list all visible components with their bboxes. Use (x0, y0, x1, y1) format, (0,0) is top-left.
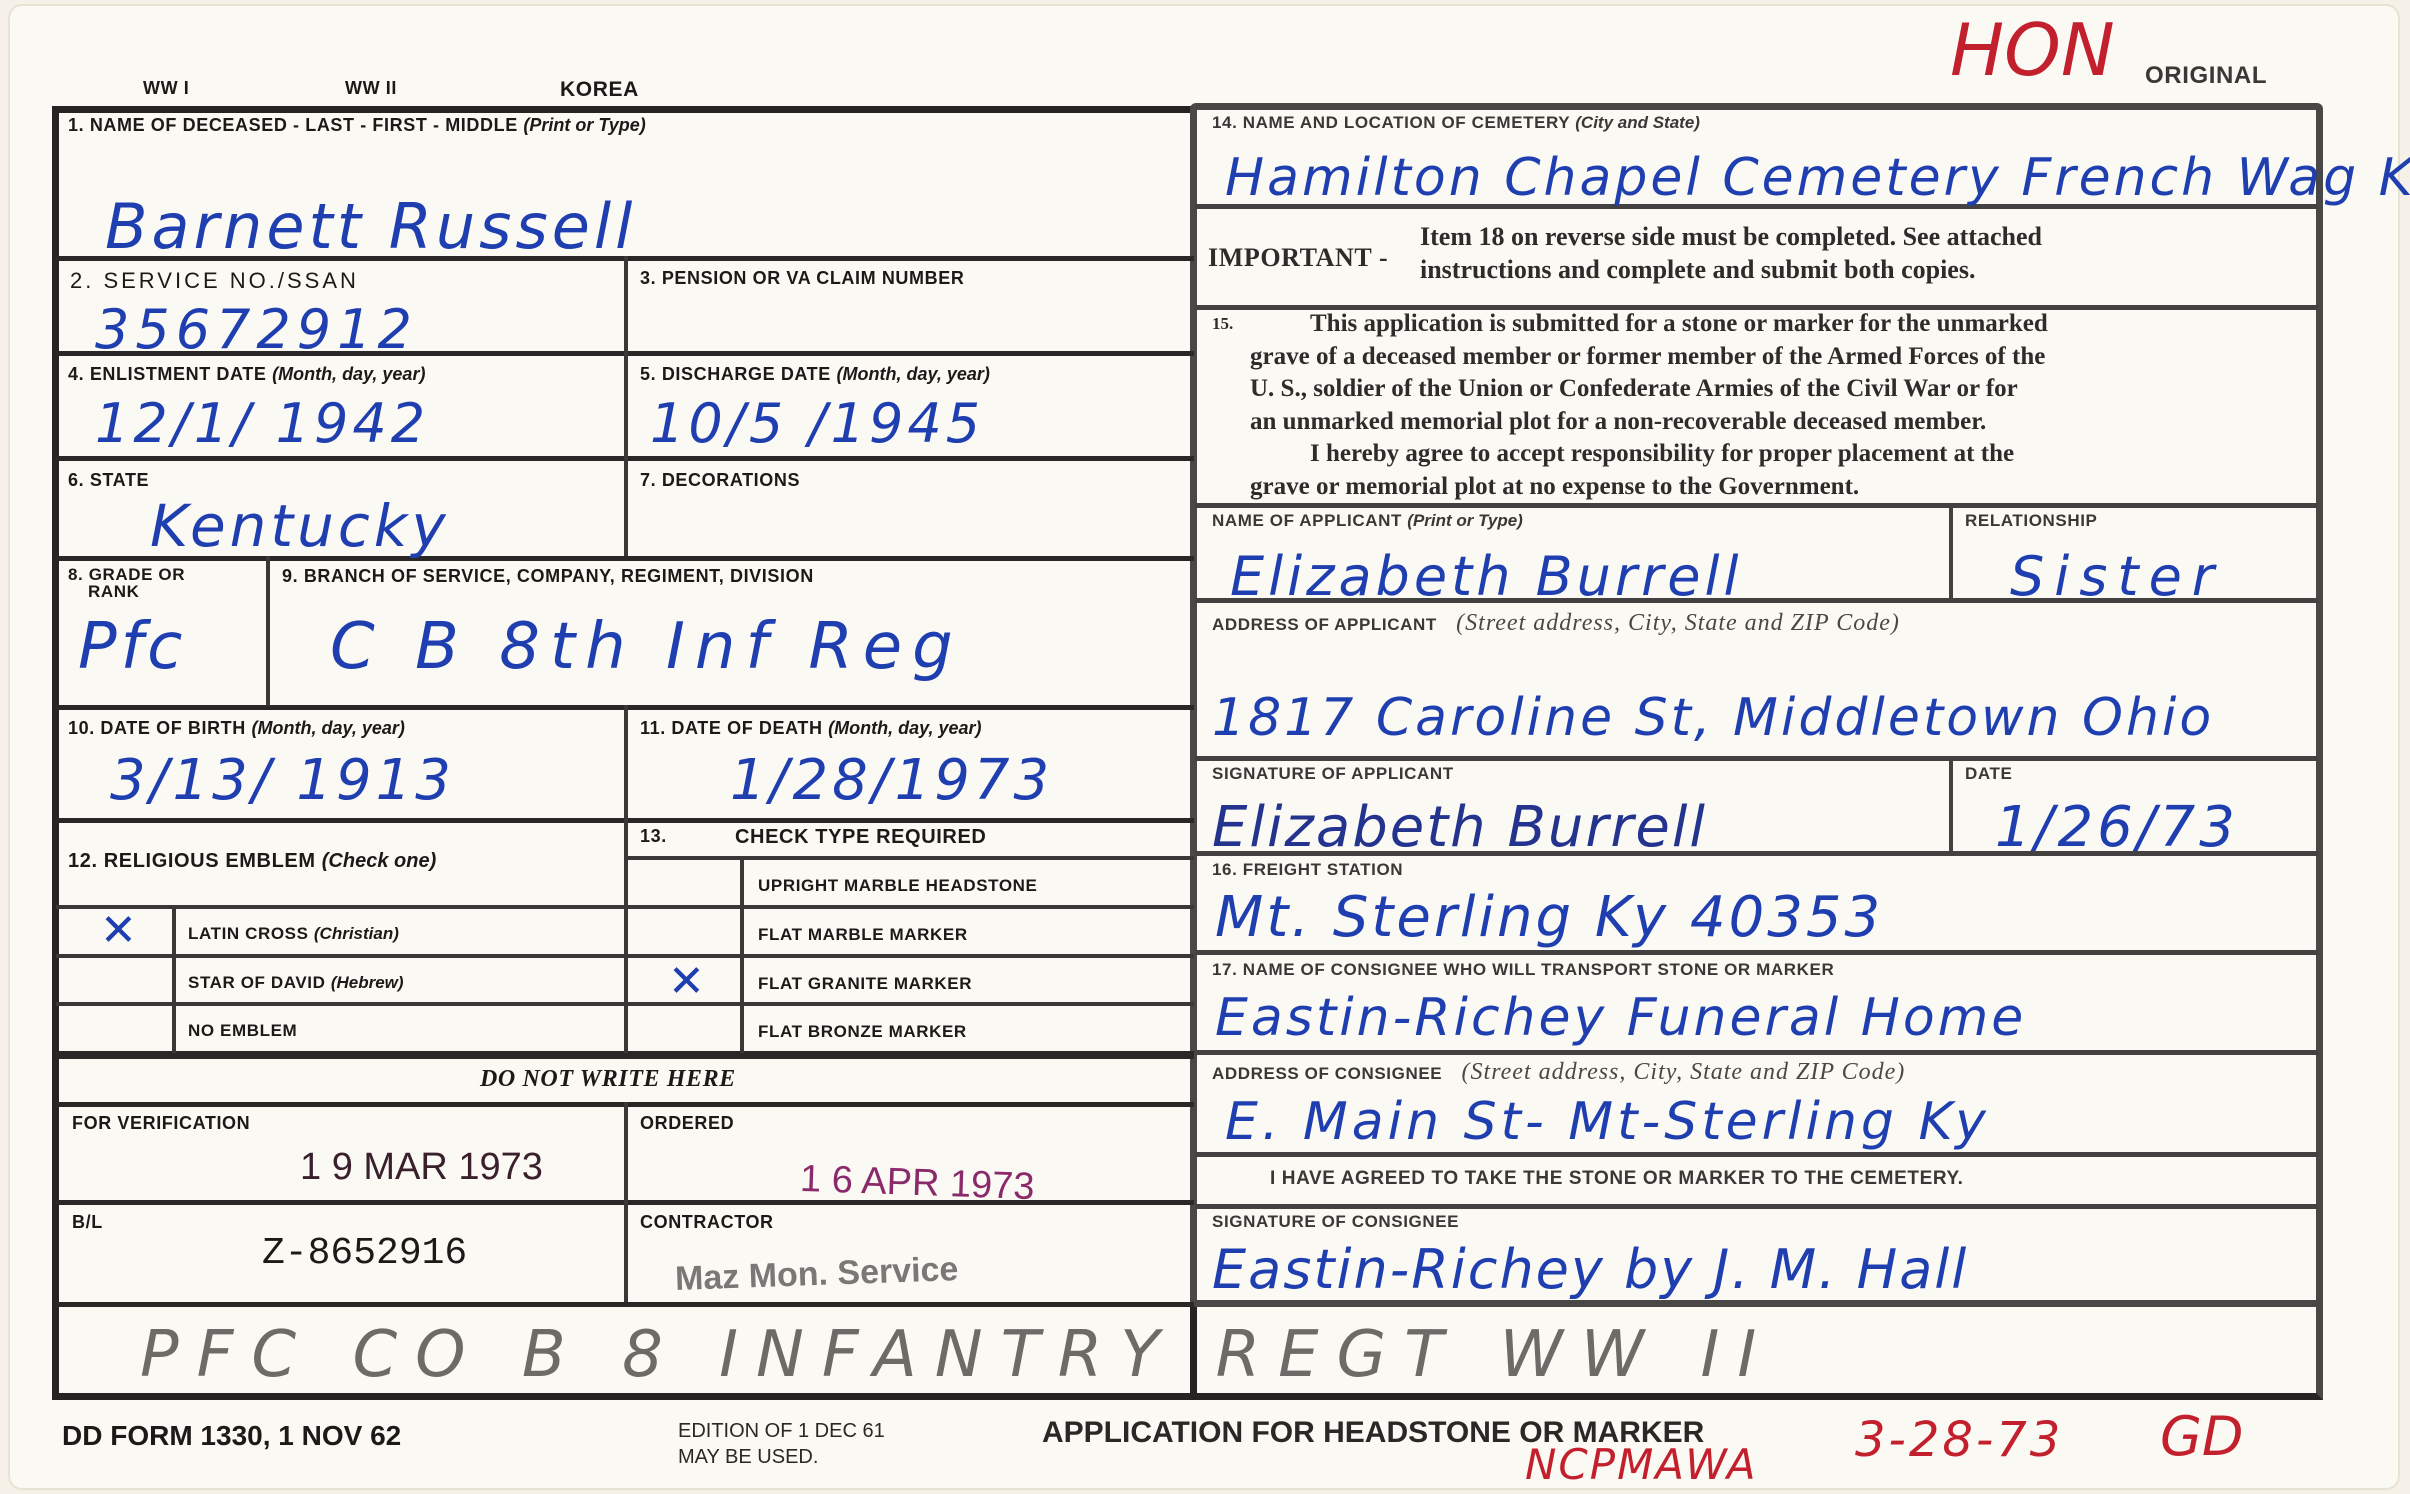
type-option-flat-bronze: FLAT BRONZE MARKER (758, 1022, 967, 1042)
enlistment-date-field[interactable]: 12/1/ 1942 (95, 392, 429, 455)
item14-label: 14. NAME AND LOCATION OF CEMETERY (City … (1212, 113, 1700, 133)
form-number: DD FORM 1330, 1 NOV 62 (62, 1420, 401, 1452)
freight-station-field[interactable]: Mt. Sterling Ky 40353 (1215, 885, 1883, 950)
annotation-office-code: NCPMAWA (1525, 1440, 1757, 1489)
faint-received-stamp (1845, 560, 1880, 576)
ordered-date-stamp: 1 6 APR 1973 (799, 1158, 1035, 1209)
rule (740, 856, 744, 1053)
death-date-field[interactable]: 1/28/1973 (730, 748, 1053, 813)
emblem-option-latin-cross: LATIN CROSS (Christian) (188, 924, 399, 944)
consignee-agreement-text: I HAVE AGREED TO TAKE THE STONE OR MARKE… (1270, 1168, 1964, 1190)
item3-label: 3. PENSION OR VA CLAIM NUMBER (640, 268, 964, 289)
service-number-field[interactable]: 35672912 (95, 298, 418, 361)
rule (266, 556, 270, 706)
item16-label: 16. FREIGHT STATION (1212, 860, 1403, 880)
applicant-signature-field[interactable]: Elizabeth Burrell (1212, 795, 1707, 860)
consignee-address-label: ADDRESS OF CONSIGNEE (Street address, Ci… (1212, 1059, 1905, 1086)
type-option-flat-marble: FLAT MARBLE MARKER (758, 925, 968, 945)
item15-number: 15. (1212, 314, 1233, 334)
important-label: IMPORTANT - (1208, 243, 1388, 273)
rule (1195, 1204, 2318, 1209)
applicant-name-field[interactable]: Elizabeth Burrell (1230, 545, 1743, 608)
annotation-initials: GD (2160, 1405, 2243, 1468)
relationship-field[interactable]: Sister (2010, 545, 2224, 608)
contractor-label: CONTRACTOR (640, 1212, 774, 1233)
war-korea-label: KOREA (560, 78, 639, 102)
relationship-label: RELATIONSHIP (1965, 511, 2098, 531)
rule (1949, 503, 1953, 598)
important-text: Item 18 on reverse side must be complete… (1420, 220, 2042, 286)
item6-label: 6. STATE (68, 470, 149, 491)
rule (1195, 1152, 2318, 1157)
item2-label: 2. SERVICE NO./SSAN (70, 268, 359, 294)
war-ww1-label: WW I (143, 78, 189, 99)
item12-label: 12. RELIGIOUS EMBLEM (Check one) (68, 850, 436, 873)
rule (624, 705, 628, 1053)
rule (626, 856, 1194, 860)
rule (172, 905, 176, 1053)
item4-label: 4. ENLISTMENT DATE (Month, day, year) (68, 364, 425, 385)
rule (56, 1302, 1194, 1307)
date-label: DATE (1965, 764, 2012, 784)
rule (624, 256, 628, 556)
applicant-address-label: ADDRESS OF APPLICANT (Street address, Ci… (1212, 610, 1900, 637)
consignee-signature-label: SIGNATURE OF CONSIGNEE (1212, 1212, 1459, 1232)
verification-date-stamp: 1 9 MAR 1973 (300, 1146, 543, 1189)
emblem-option-no-emblem: NO EMBLEM (188, 1021, 297, 1041)
rule (1195, 950, 2318, 955)
do-not-write-here-label: DO NOT WRITE HERE (480, 1066, 736, 1093)
rule (1195, 503, 2318, 508)
item7-label: 7. DECORATIONS (640, 470, 800, 491)
item13-number: 13. (640, 826, 667, 847)
type-option-flat-granite: FLAT GRANITE MARKER (758, 974, 972, 994)
deceased-name-field[interactable]: Barnett Russell (105, 190, 636, 263)
branch-field[interactable]: C B 8th Inf Reg (330, 610, 963, 684)
discharge-date-field[interactable]: 10/5 /1945 (650, 392, 984, 455)
rule (1949, 756, 1953, 851)
annotation-date: 3-28-73 (1855, 1412, 2063, 1468)
item1-label: 1. NAME OF DECEASED - LAST - FIRST - MID… (68, 115, 646, 136)
rule (624, 1102, 628, 1302)
consignee-signature-field[interactable]: Eastin-Richey by J. M. Hall (1212, 1238, 1968, 1301)
item10-label: 10. DATE OF BIRTH (Month, day, year) (68, 718, 405, 739)
item11-label: 11. DATE OF DEATH (Month, day, year) (640, 718, 982, 739)
bl-number: Z-8652916 (262, 1232, 467, 1275)
item15-statement: This application is submitted for a ston… (1250, 308, 2048, 503)
applicant-signature-label: SIGNATURE OF APPLICANT (1212, 764, 1454, 784)
birth-date-field[interactable]: 3/13/ 1913 (110, 748, 455, 813)
state-field[interactable]: Kentucky (150, 492, 450, 560)
cemetery-field[interactable]: Hamilton Chapel Cemetery French Wag Ky (1225, 148, 2410, 208)
emblem-checkbox-latin-cross[interactable]: ✕ (100, 905, 137, 956)
applicant-address-field[interactable]: 1817 Caroline St, Middletown Ohio (1212, 688, 2214, 748)
inscription-pencil-note: PFC CO B 8 INFANTRY REGT WW II (140, 1318, 1774, 1392)
item8-label: 8. GRADE ORRANK (68, 566, 185, 600)
item13-label: CHECK TYPE REQUIRED (735, 826, 986, 849)
annotation-hon: HON (1950, 8, 2115, 92)
type-option-upright-marble: UPRIGHT MARBLE HEADSTONE (758, 876, 1038, 896)
item9-label: 9. BRANCH OF SERVICE, COMPANY, REGIMENT,… (282, 566, 814, 587)
verification-label: FOR VERIFICATION (72, 1113, 250, 1134)
type-checkbox-flat-granite[interactable]: ✕ (668, 956, 705, 1007)
consignee-name-field[interactable]: Eastin-Richey Funeral Home (1215, 988, 2026, 1048)
applicant-name-label: NAME OF APPLICANT (Print or Type) (1212, 511, 1523, 531)
grade-field[interactable]: Pfc (78, 610, 186, 684)
bl-label: B/L (72, 1212, 103, 1233)
war-ww2-label: WW II (345, 78, 397, 99)
consignee-address-field[interactable]: E. Main St- Mt-Sterling Ky (1225, 1092, 1990, 1152)
rule (1195, 756, 2318, 761)
item17-label: 17. NAME OF CONSIGNEE WHO WILL TRANSPORT… (1212, 960, 1834, 980)
emblem-option-star-of-david: STAR OF DAVID (Hebrew) (188, 973, 404, 993)
ordered-label: ORDERED (640, 1113, 734, 1134)
edition-note: EDITION OF 1 DEC 61MAY BE USED. (678, 1418, 885, 1470)
original-copy-label: ORIGINAL (2145, 62, 2267, 90)
item5-label: 5. DISCHARGE DATE (Month, day, year) (640, 364, 990, 385)
application-date-field[interactable]: 1/26/73 (1995, 795, 2239, 860)
rule (1195, 1050, 2318, 1055)
